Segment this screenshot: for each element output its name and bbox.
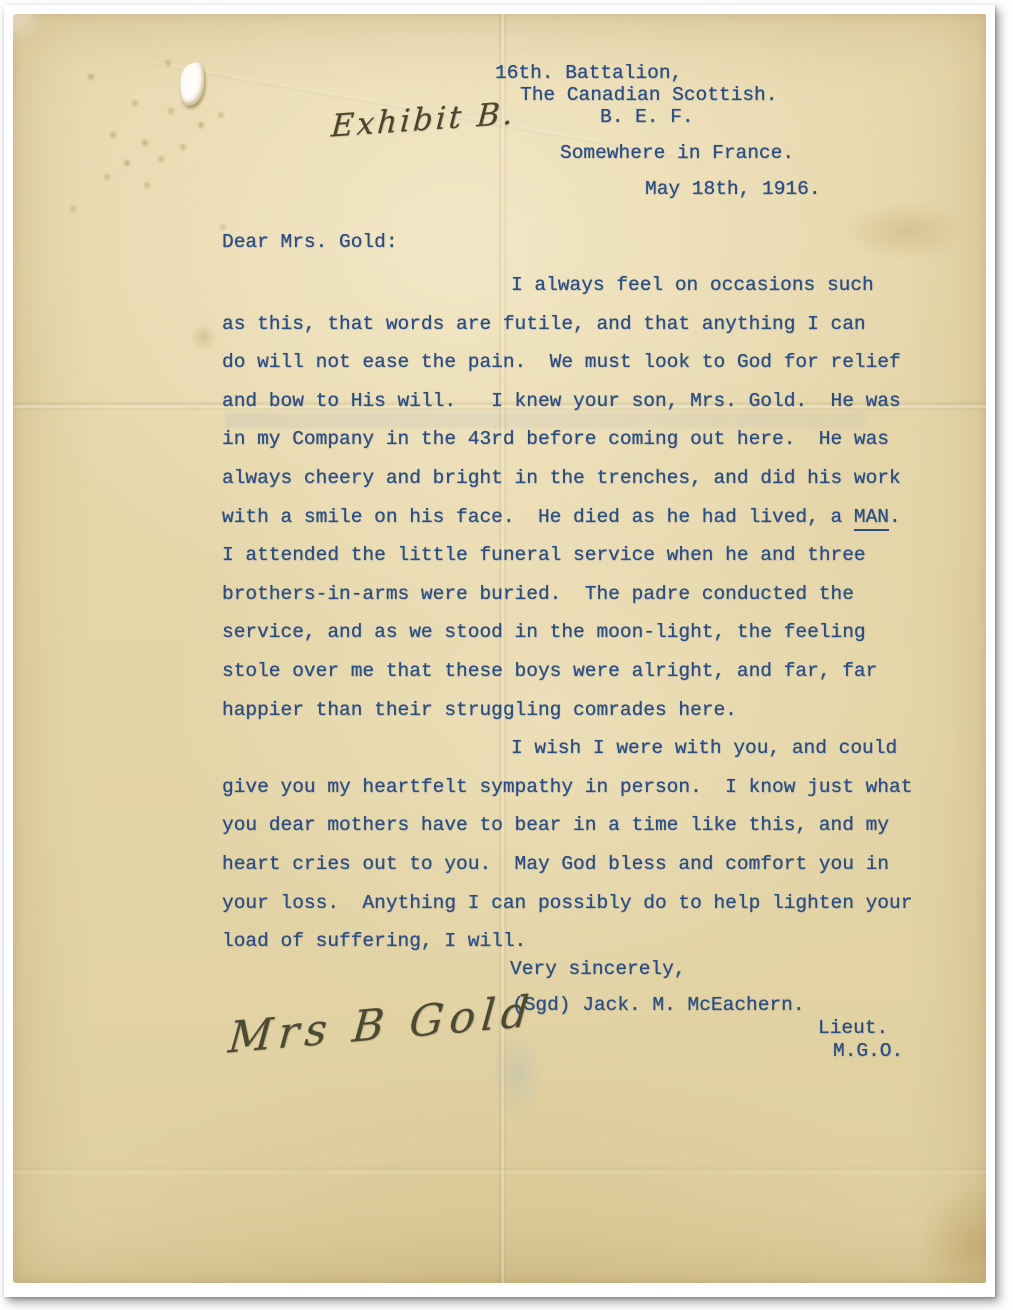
lower-fold-crease bbox=[13, 1166, 986, 1175]
letter-line: heart cries out to you. May God bless an… bbox=[222, 845, 942, 884]
letterhead-regiment: The Canadian Scottish. bbox=[520, 84, 777, 106]
closing-line: Very sincerely, bbox=[510, 958, 686, 980]
letter-line: I wish I were with you, and could bbox=[222, 729, 942, 768]
letter-line: I always feel on occasions such bbox=[222, 266, 942, 305]
scan-mount-frame: Exhibit B. 16th. Battalion, The Canadian… bbox=[4, 5, 995, 1297]
stain-left-edge bbox=[191, 322, 217, 352]
corner-wear bbox=[13, 14, 47, 48]
location-line: Somewhere in France. bbox=[560, 142, 794, 164]
letter-line: service, and as we stood in the moon-lig… bbox=[222, 613, 942, 652]
letter-line: your loss. Anything I can possibly do to… bbox=[222, 884, 942, 923]
letter-line: with a smile on his face. He died as he … bbox=[222, 498, 942, 537]
signed-line: (Sgd) Jack. M. McEachern. bbox=[512, 994, 805, 1016]
letter-line: always cheery and bright in the trenches… bbox=[222, 459, 942, 498]
letter-line: do will not ease the pain. We must look … bbox=[222, 343, 942, 382]
stain-top-right bbox=[845, 202, 965, 260]
embossed-seal-impression bbox=[70, 56, 76, 62]
letter-line: give you my heartfelt sympathy in person… bbox=[222, 768, 942, 807]
exhibit-annotation: Exhibit B. bbox=[330, 95, 517, 144]
letterhead-bef: B. E. F. bbox=[600, 106, 694, 128]
letter-paper: Exhibit B. 16th. Battalion, The Canadian… bbox=[13, 14, 986, 1283]
letter-line: stole over me that these boys were alrig… bbox=[222, 652, 942, 691]
stain-bottom-right bbox=[918, 1184, 986, 1283]
letter-line: brothers-in-arms were buried. The padre … bbox=[222, 575, 942, 614]
letter-line: and bow to His will. I knew your son, Mr… bbox=[222, 382, 942, 421]
ink-smudge bbox=[491, 1028, 543, 1118]
letter-line: load of suffering, I will. bbox=[222, 922, 942, 961]
handwritten-signature: Mrs B Gold bbox=[226, 986, 536, 1063]
letter-line: as this, that words are futile, and that… bbox=[222, 305, 942, 344]
date-line: May 18th, 1916. bbox=[645, 178, 821, 200]
letter-body: I always feel on occasions suchas this, … bbox=[222, 266, 942, 961]
letterhead-battalion: 16th. Battalion, bbox=[495, 62, 682, 84]
letter-line: you dear mothers have to bear in a time … bbox=[222, 806, 942, 845]
rank-line: Lieut. bbox=[818, 1017, 888, 1039]
letter-line: happier than their struggling comrades h… bbox=[222, 691, 942, 730]
paper-tear-hole bbox=[177, 61, 206, 108]
letter-line: I attended the little funeral service wh… bbox=[222, 536, 942, 575]
letter-line: in my Company in the 43rd before coming … bbox=[222, 420, 942, 459]
salutation: Dear Mrs. Gold: bbox=[222, 231, 398, 253]
unit-abbrev-line: M.G.O. bbox=[833, 1040, 903, 1062]
scan-stage: Exhibit B. 16th. Battalion, The Canadian… bbox=[0, 0, 1013, 1310]
